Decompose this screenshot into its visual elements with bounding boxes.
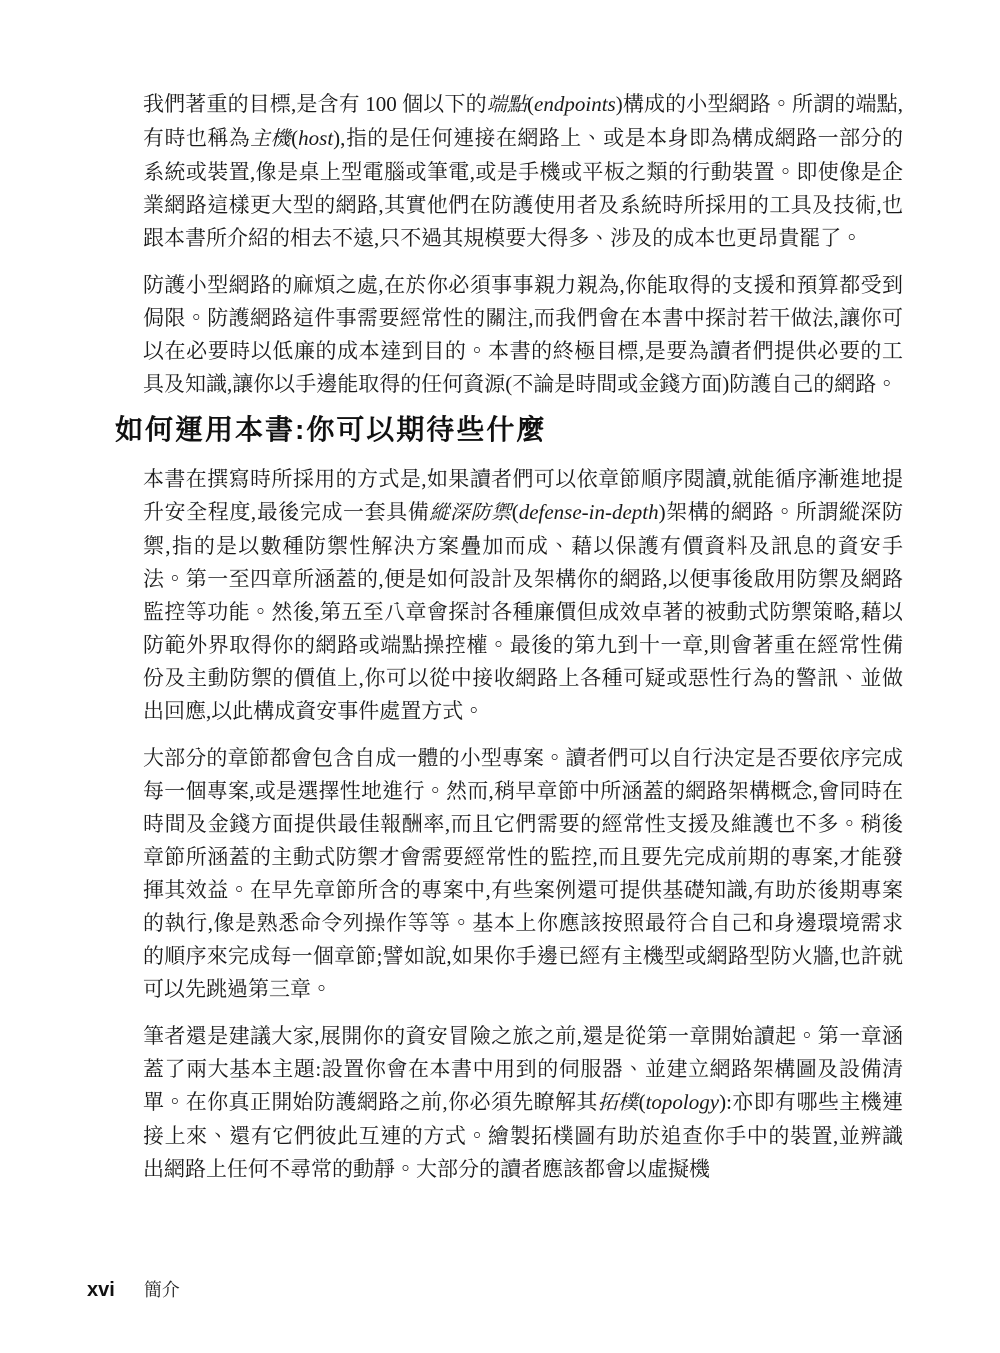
text-run: ( — [527, 92, 534, 116]
term-kai: 端點 — [487, 94, 527, 116]
paragraph: 本書在撰寫時所採用的方式是,如果讀者們可以依章節順序閱讀,就能循序漸進地提升安全… — [143, 463, 903, 728]
term-latin-italic: defense-in-depth — [519, 500, 659, 524]
term-latin-italic: endpoints — [534, 92, 616, 116]
page-body-text: 我們著重的目標,是含有 100 個以下的端點(endpoints)構成的小型網路… — [143, 88, 903, 1200]
page-footer: xvi 簡介 — [87, 1276, 180, 1302]
number-run: 100 — [365, 92, 397, 116]
text-run: )架構的網路。所謂縱深防禦,指的是以數種防禦性解決方案疊加而成、藉以保護有價資料… — [143, 500, 903, 723]
term-latin-italic: topology — [646, 1090, 720, 1114]
term-latin-italic: host — [298, 126, 333, 150]
text-run: 大部分的章節都會包含自成一體的小型專案。讀者們可以自行決定是否要依序完成每一個專… — [143, 746, 903, 1001]
text-run: ( — [512, 500, 519, 524]
term-kai: 主機 — [250, 128, 291, 150]
book-page: 我們著重的目標,是含有 100 個以下的端點(endpoints)構成的小型網路… — [0, 0, 1000, 1353]
paragraph: 我們著重的目標,是含有 100 個以下的端點(endpoints)構成的小型網路… — [143, 88, 903, 255]
section-heading: 如何運用本書:你可以期待些什麼 — [115, 415, 903, 445]
footer-chapter-title: 簡介 — [144, 1276, 180, 1302]
term-kai: 拓樸 — [598, 1092, 639, 1114]
term-kai: 縱深防禦 — [429, 502, 511, 524]
paragraph: 筆者還是建議大家,展開你的資安冒險之旅之前,還是從第一章開始讀起。第一章涵蓋了兩… — [143, 1020, 903, 1186]
paragraph: 防護小型網路的麻煩之處,在於你必須事事親力親為,你能取得的支援和預算都受到侷限。… — [143, 269, 903, 401]
text-run: 防護小型網路的麻煩之處,在於你必須事事親力親為,你能取得的支援和預算都受到侷限。… — [143, 273, 903, 396]
text-run: ( — [639, 1090, 646, 1114]
text-run: 個以下的 — [397, 92, 487, 116]
footer-page-number: xvi — [87, 1279, 115, 1302]
text-run: 我們著重的目標,是含有 — [143, 92, 365, 116]
paragraph: 大部分的章節都會包含自成一體的小型專案。讀者們可以自行決定是否要依序完成每一個專… — [143, 742, 903, 1006]
